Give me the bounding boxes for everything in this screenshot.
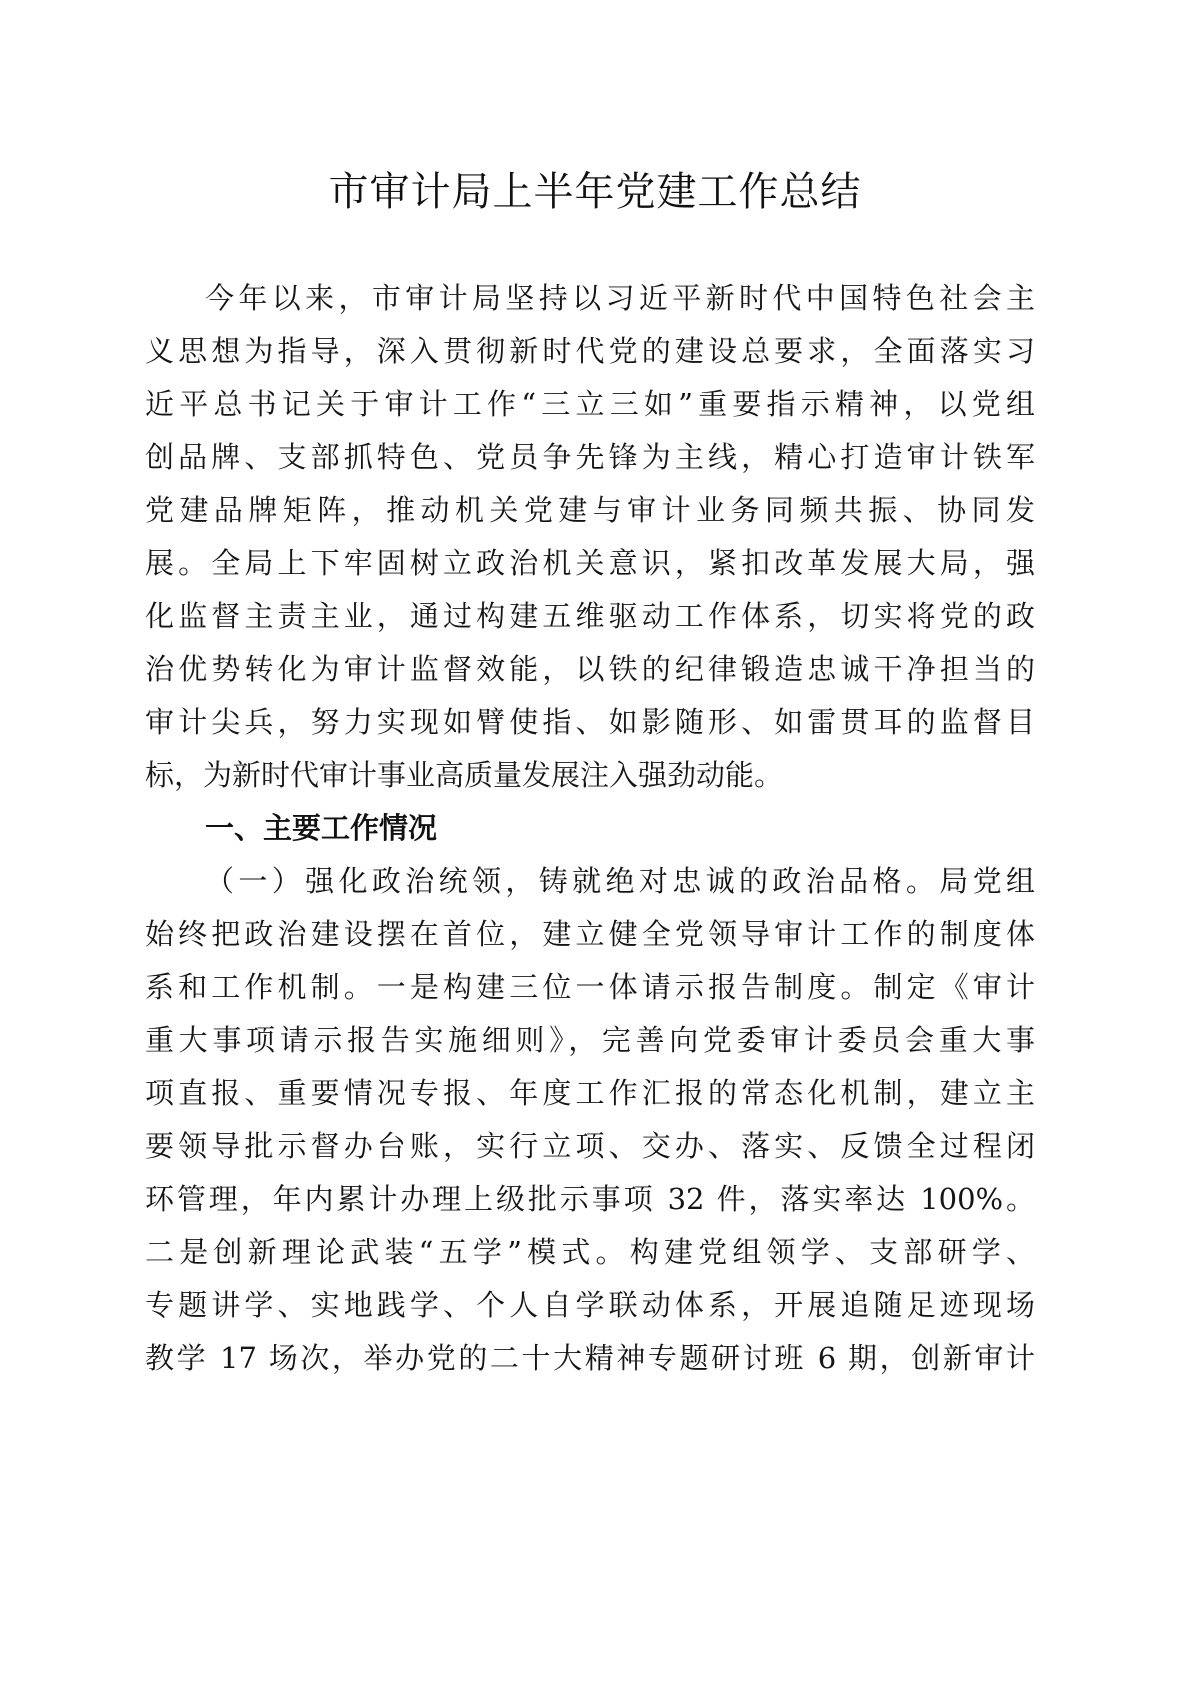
paragraph-line: 系和工作机制。一是构建三位一体请示报告制度。制定《审计 — [145, 969, 1035, 1005]
paragraph-line: 今年以来，市审计局坚持以习近平新时代中国特色社会主 — [205, 280, 1035, 316]
document-title: 市审计局上半年党建工作总结 — [0, 168, 1190, 216]
paragraph-line: 化监督主责主业，通过构建五维驱动工作体系，切实将党的政 — [145, 598, 1035, 634]
paragraph-line: 二是创新理论武装“五学”模式。构建党组领学、支部研学、 — [145, 1234, 1035, 1270]
paragraph-line: （一）强化政治统领，铸就绝对忠诚的政治品格。局党组 — [205, 863, 1035, 899]
paragraph-line: 项直报、重要情况专报、年度工作汇报的常态化机制，建立主 — [145, 1075, 1035, 1111]
paragraph-line: 治优势转化为审计监督效能，以铁的纪律锻造忠诚干净担当的 — [145, 651, 1035, 687]
document-page: 市审计局上半年党建工作总结 今年以来，市审计局坚持以习近平新时代中国特色社会主 … — [0, 0, 1190, 1683]
paragraph-line: 创品牌、支部抓特色、党员争先锋为主线，精心打造审计铁军 — [145, 439, 1035, 475]
paragraph-line: 近平总书记关于审计工作“三立三如”重要指示精神，以党组 — [145, 386, 1035, 422]
paragraph-line: 审计尖兵，努力实现如臂使指、如影随形、如雷贯耳的监督目 — [145, 704, 1035, 740]
section-heading: 一、主要工作情况 — [205, 810, 437, 846]
paragraph-line: 要领导批示督办台账，实行立项、交办、落实、反馈全过程闭 — [145, 1128, 1035, 1164]
paragraph-line: 始终把政治建设摆在首位，建立健全党领导审计工作的制度体 — [145, 916, 1035, 952]
paragraph-line: 标，为新时代审计事业高质量发展注入强劲动能。 — [145, 757, 1035, 793]
paragraph-line: 义思想为指导，深入贯彻新时代党的建设总要求，全面落实习 — [145, 333, 1035, 369]
paragraph-line: 党建品牌矩阵，推动机关党建与审计业务同频共振、协同发 — [145, 492, 1035, 528]
paragraph-line: 展。全局上下牢固树立政治机关意识，紧扣改革发展大局，强 — [145, 545, 1035, 581]
paragraph-line: 环管理，年内累计办理上级批示事项 32 件，落实率达 100%。 — [145, 1181, 1035, 1217]
paragraph-line: 重大事项请示报告实施细则》，完善向党委审计委员会重大事 — [145, 1022, 1035, 1058]
paragraph-line: 专题讲学、实地践学、个人自学联动体系，开展追随足迹现场 — [145, 1287, 1035, 1323]
paragraph-line: 教学 17 场次，举办党的二十大精神专题研讨班 6 期，创新审计 — [145, 1340, 1035, 1376]
